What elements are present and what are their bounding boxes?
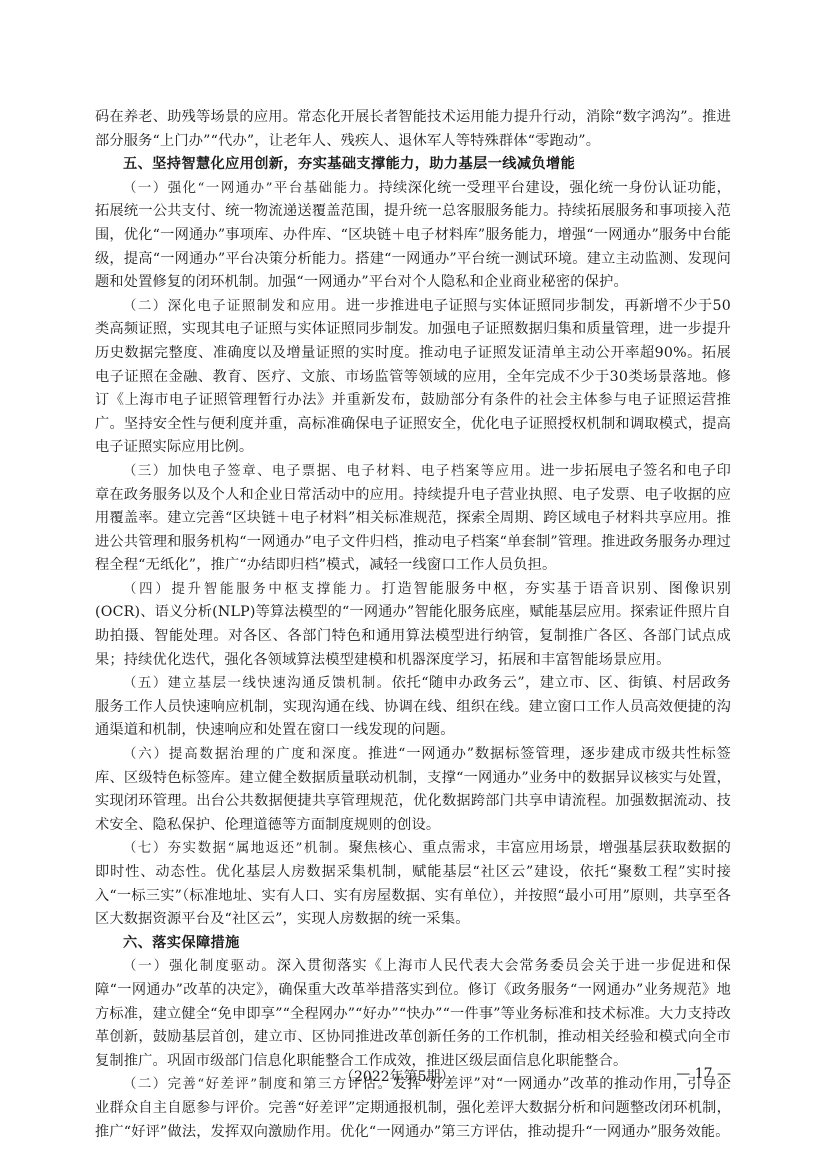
paragraph-5-2: （二）深化电子证照制发和应用。进一步推进电子证照与实体证照同步制发，再新增不少于… — [95, 295, 731, 460]
document-body: 码在养老、助残等场景的应用。常态化开展长者智能技术运用能力提升行动，消除“数字鸿… — [95, 106, 731, 1144]
paragraph-5-1: （一）强化“一网通办”平台基础能力。持续深化统一受理平台建设，强化统一身份认证功… — [95, 177, 731, 295]
paragraph-5-6: （六）提高数据治理的广度和深度。推进“一网通办”数据标签管理，逐步建成市级共性标… — [95, 743, 731, 837]
issue-label: （2022年第5期） — [340, 1066, 455, 1086]
item-lead: （五）建立基层一线快速沟通反馈机制。 — [123, 676, 392, 691]
item-lead: （一）强化“一网通办”平台基础能力。 — [123, 181, 378, 196]
continuation-paragraph: 码在养老、助残等场景的应用。常态化开展长者智能技术运用能力提升行动，消除“数字鸿… — [95, 106, 731, 153]
paragraph-6-1: （一）强化制度驱动。深入贯彻落实《上海市人民代表大会常务委员会关于进一步促进和保… — [95, 955, 731, 1073]
page-number: — 17 — — [676, 1066, 731, 1082]
item-body: 进一步推进电子证照与实体证照同步制发，再新增不少于50类高频证照，实现其电子证照… — [95, 298, 731, 456]
item-lead: （一）强化制度驱动。 — [123, 959, 277, 974]
item-body: 进一步拓展电子签名和电子印章在政务服务以及个人和企业日常活动中的应用。持续提升电… — [95, 463, 731, 573]
item-lead: （六）提高数据治理的广度和深度。 — [123, 747, 368, 762]
paragraph-5-4: （四）提升智能服务中枢支撑能力。打造智能服务中枢，夯实基于语音识别、图像识别(O… — [95, 578, 731, 672]
paragraph-5-7: （七）夯实数据“属地返还”机制。聚焦核心、重点需求，丰富应用场景，增强基层获取数… — [95, 837, 731, 931]
section-heading-5: 五、坚持智慧化应用创新，夯实基础支撑能力，助力基层一线减负增能 — [95, 153, 731, 177]
section-heading-6: 六、落实保障措施 — [95, 932, 731, 956]
paragraph-5-3: （三）加快电子签章、电子票据、电子材料、电子档案等应用。进一步拓展电子签名和电子… — [95, 460, 731, 578]
item-body: 深入贯彻落实《上海市人民代表大会常务委员会关于进一步促进和保障“一网通办”改革的… — [95, 958, 731, 1068]
item-lead: （二）深化电子证照制发和应用。 — [123, 299, 346, 314]
item-lead: （七）夯实数据“属地返还”机制。 — [123, 841, 349, 856]
item-lead: （四）提升智能服务中枢支撑能力。 — [123, 582, 382, 597]
item-body: 持续深化统一受理平台建设，强化统一身份认证功能，拓展统一公共支付、统一物流递送覆… — [95, 180, 731, 290]
item-lead: （三）加快电子签章、电子票据、电子材料、电子档案等应用。 — [123, 464, 540, 479]
paragraph-5-5: （五）建立基层一线快速沟通反馈机制。依托“随申办政务云”，建立市、区、街镇、村居… — [95, 672, 731, 743]
